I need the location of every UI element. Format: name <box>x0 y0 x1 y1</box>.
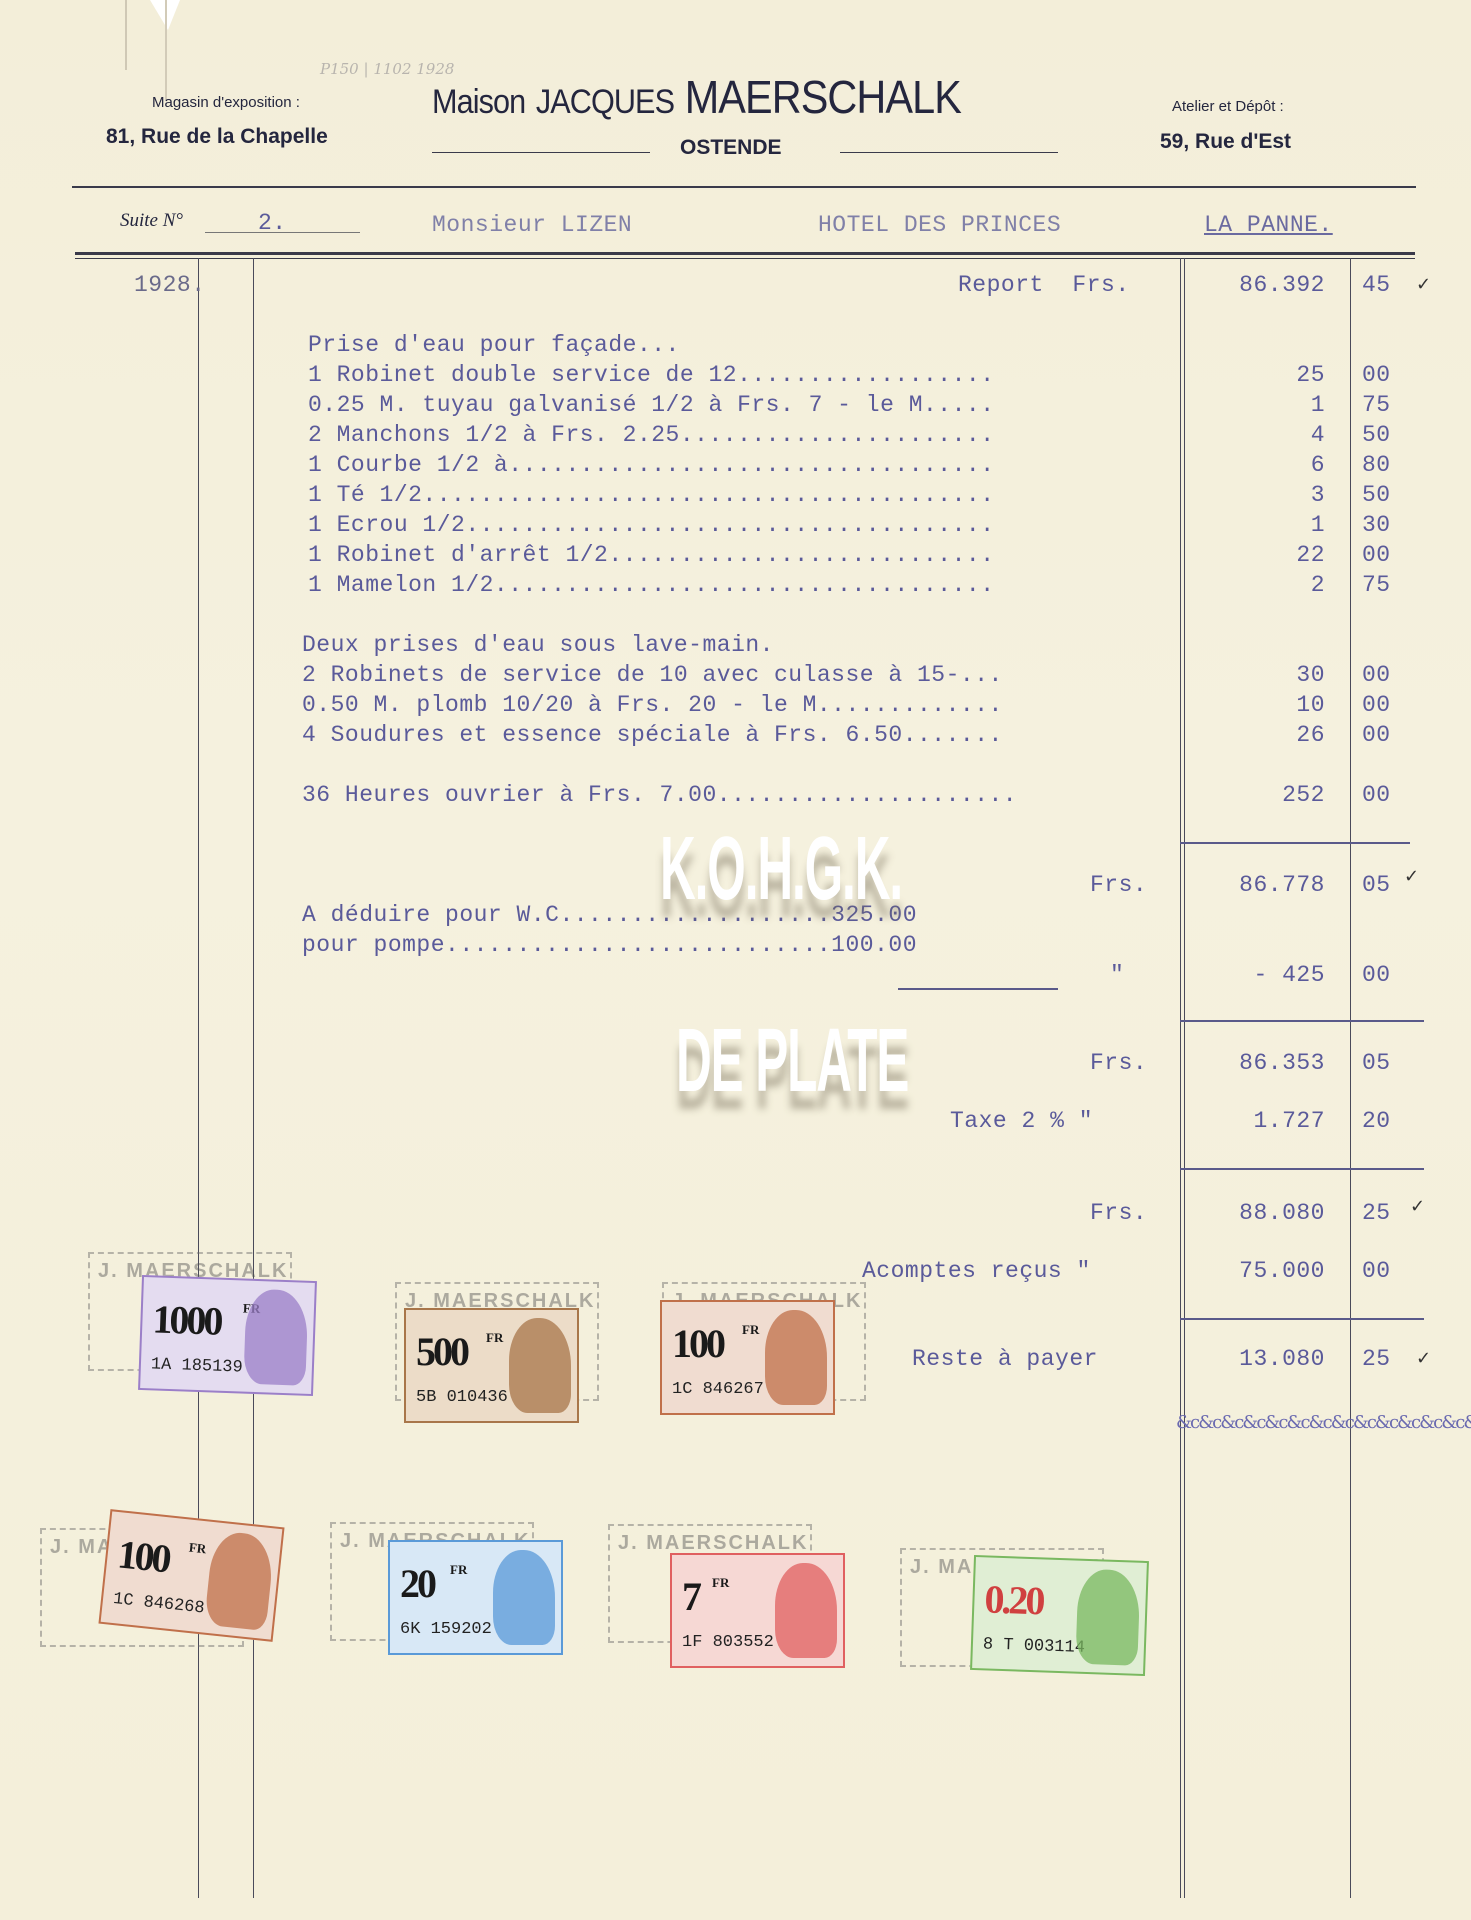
subtotal-label: Frs. <box>1090 1050 1147 1076</box>
hotel-name: HOTEL DES PRINCES <box>818 212 1061 238</box>
subtotal-rule <box>1180 1020 1424 1022</box>
portrait-icon <box>765 1310 827 1405</box>
portrait-icon <box>204 1530 276 1631</box>
report-label: Report Frs. <box>958 272 1130 298</box>
invoice-year: 1928. <box>134 272 206 298</box>
line-item-francs: 26 <box>1190 722 1325 748</box>
line-item-francs: 3 <box>1190 482 1325 508</box>
line-item-desc: 1 Té 1/2................................… <box>308 482 995 508</box>
fold-mark <box>165 0 167 100</box>
check-mark-icon: ✓ <box>1416 1348 1431 1369</box>
line-item-desc: 0.25 M. tuyau galvanisé 1/2 à Frs. 7 - l… <box>308 392 995 418</box>
line-item-desc: 1 Robinet double service de 12..........… <box>308 362 995 388</box>
subtotal-cents: 05 <box>1362 872 1391 898</box>
deduction-line: pour pompe...........................100… <box>302 932 917 958</box>
line-item-cents: 00 <box>1362 542 1391 568</box>
report-cents: 45 <box>1362 272 1391 298</box>
line-item-desc: 4 Soudures et essence spéciale à Frs. 6.… <box>302 722 1003 748</box>
line-item-cents: 50 <box>1362 482 1391 508</box>
line-item-francs: 22 <box>1190 542 1325 568</box>
subtotal-label: Frs. <box>1090 872 1147 898</box>
line-item-cents: 50 <box>1362 422 1391 448</box>
deduction-cents: 00 <box>1362 962 1391 988</box>
table-top-rule <box>75 252 1415 255</box>
line-item-francs: 10 <box>1190 692 1325 718</box>
workshop-address: 59, Rue d'Est <box>1160 130 1291 154</box>
line-item-francs: 4 <box>1190 422 1325 448</box>
line-item-francs: 1 <box>1190 512 1325 538</box>
balance-label: Reste à payer <box>912 1346 1098 1372</box>
tax-cents: 20 <box>1362 1108 1391 1134</box>
portrait-icon <box>775 1563 837 1658</box>
deduction-francs: - 425 <box>1190 962 1325 988</box>
revenue-stamp: 0.20 8 T 003114 <box>970 1555 1149 1676</box>
cents-column-line <box>1350 258 1351 1898</box>
portrait-icon <box>509 1318 571 1413</box>
labour-cents: 00 <box>1362 782 1391 808</box>
deduction-ditto: " <box>1110 962 1124 988</box>
line-item-desc: 1 Mamelon 1/2...........................… <box>308 572 995 598</box>
suite-label: Suite N° <box>120 210 183 232</box>
end-flourish: &c&c&c&c&c&c&c&c&c&c&c&c&c&c <box>1176 1412 1471 1433</box>
line-item-cents: 80 <box>1362 452 1391 478</box>
report-francs: 86.392 <box>1190 272 1325 298</box>
divider <box>432 152 650 153</box>
labour-francs: 252 <box>1190 782 1325 808</box>
section-title: Deux prises d'eau sous lave-main. <box>302 632 774 658</box>
invoice-paper: P150 | 1102 1928 Magasin d'exposition : … <box>0 0 1471 1920</box>
deposits-francs: 75.000 <box>1190 1258 1325 1284</box>
amount-column-line-double <box>1184 258 1185 1898</box>
revenue-stamp: 1000 FR 1A 185139 <box>138 1275 317 1396</box>
line-item-desc: 1 Ecrou 1/2.............................… <box>308 512 995 538</box>
line-item-desc: 2 Robinets de service de 10 avec culasse… <box>302 662 1003 688</box>
tax-francs: 1.727 <box>1190 1108 1325 1134</box>
showroom-label: Magasin d'exposition : <box>152 94 300 111</box>
table-top-rule-thin <box>75 258 1415 259</box>
suite-number: 2. <box>258 210 287 236</box>
portrait-icon <box>243 1289 308 1386</box>
company-city: OSTENDE <box>680 136 782 160</box>
labour-desc: 36 Heures ouvrier à Frs. 7.00...........… <box>302 782 1017 808</box>
deposits-cents: 00 <box>1362 1258 1391 1284</box>
watermark-line2: DE PLATE <box>676 1010 908 1113</box>
section-title: Prise d'eau pour façade... <box>308 332 680 358</box>
line-item-cents: 00 <box>1362 692 1391 718</box>
deduction-rule <box>898 988 1058 990</box>
workshop-label: Atelier et Dépôt : <box>1172 98 1284 115</box>
line-item-desc: 1 Robinet d'arrêt 1/2...................… <box>308 542 995 568</box>
line-item-francs: 30 <box>1190 662 1325 688</box>
amount-column-line <box>1180 258 1181 1898</box>
revenue-stamp: 7 FR 1F 803552 <box>670 1553 845 1668</box>
portrait-icon <box>1075 1569 1140 1666</box>
recipient-name: Monsieur LIZEN <box>432 212 632 238</box>
line-item-desc: 1 Courbe 1/2 à..........................… <box>308 452 995 478</box>
balance-francs: 13.080 <box>1190 1346 1325 1372</box>
location: LA PANNE. <box>1204 212 1333 238</box>
line-item-francs: 1 <box>1190 392 1325 418</box>
subtotal-cents: 05 <box>1362 1050 1391 1076</box>
revenue-stamp: 20 FR 6K 159202 <box>388 1540 563 1655</box>
header-rule <box>72 186 1416 188</box>
line-item-cents: 30 <box>1362 512 1391 538</box>
total-rule <box>1180 1168 1424 1170</box>
line-item-desc: 0.50 M. plomb 10/20 à Frs. 20 - le M....… <box>302 692 1003 718</box>
check-mark-icon: ✓ <box>1410 1196 1425 1217</box>
line-item-cents: 75 <box>1362 572 1391 598</box>
date-column-line <box>198 258 199 1898</box>
balance-rule <box>1180 1318 1424 1320</box>
check-mark-icon: ✓ <box>1416 274 1431 295</box>
fold-mark <box>125 0 127 70</box>
subtotal-francs: 86.778 <box>1190 872 1325 898</box>
total-cents: 25 <box>1362 1200 1391 1226</box>
watermark-line1: K.O.H.G.K. <box>660 818 902 921</box>
company-name: Maison JACQUES MAERSCHALK <box>432 70 961 124</box>
total-francs: 88.080 <box>1190 1200 1325 1226</box>
revenue-stamp: 500 FR 5B 010436 <box>404 1308 579 1423</box>
line-item-cents: 00 <box>1362 362 1391 388</box>
line-item-cents: 75 <box>1362 392 1391 418</box>
balance-cents: 25 <box>1362 1346 1391 1372</box>
line-item-desc: 2 Manchons 1/2 à Frs. 2.25..............… <box>308 422 995 448</box>
total-label: Frs. <box>1090 1200 1147 1226</box>
revenue-stamp: 100 FR 1C 846267 <box>660 1300 835 1415</box>
line-item-cents: 00 <box>1362 722 1391 748</box>
line-item-francs: 25 <box>1190 362 1325 388</box>
check-mark-icon: ✓ <box>1404 866 1419 887</box>
portrait-icon <box>493 1550 555 1645</box>
line-item-cents: 00 <box>1362 662 1391 688</box>
subtotal-francs: 86.353 <box>1190 1050 1325 1076</box>
subtotal-rule <box>1180 842 1410 844</box>
line-item-francs: 6 <box>1190 452 1325 478</box>
line-item-francs: 2 <box>1190 572 1325 598</box>
deposits-label: Acomptes reçus " <box>862 1258 1091 1284</box>
revenue-stamp: 100 FR 1C 846268 <box>98 1509 284 1642</box>
divider <box>840 152 1058 153</box>
desc-column-line <box>253 258 254 1898</box>
showroom-address: 81, Rue de la Chapelle <box>106 125 328 149</box>
tax-label: Taxe 2 % " <box>950 1108 1093 1134</box>
